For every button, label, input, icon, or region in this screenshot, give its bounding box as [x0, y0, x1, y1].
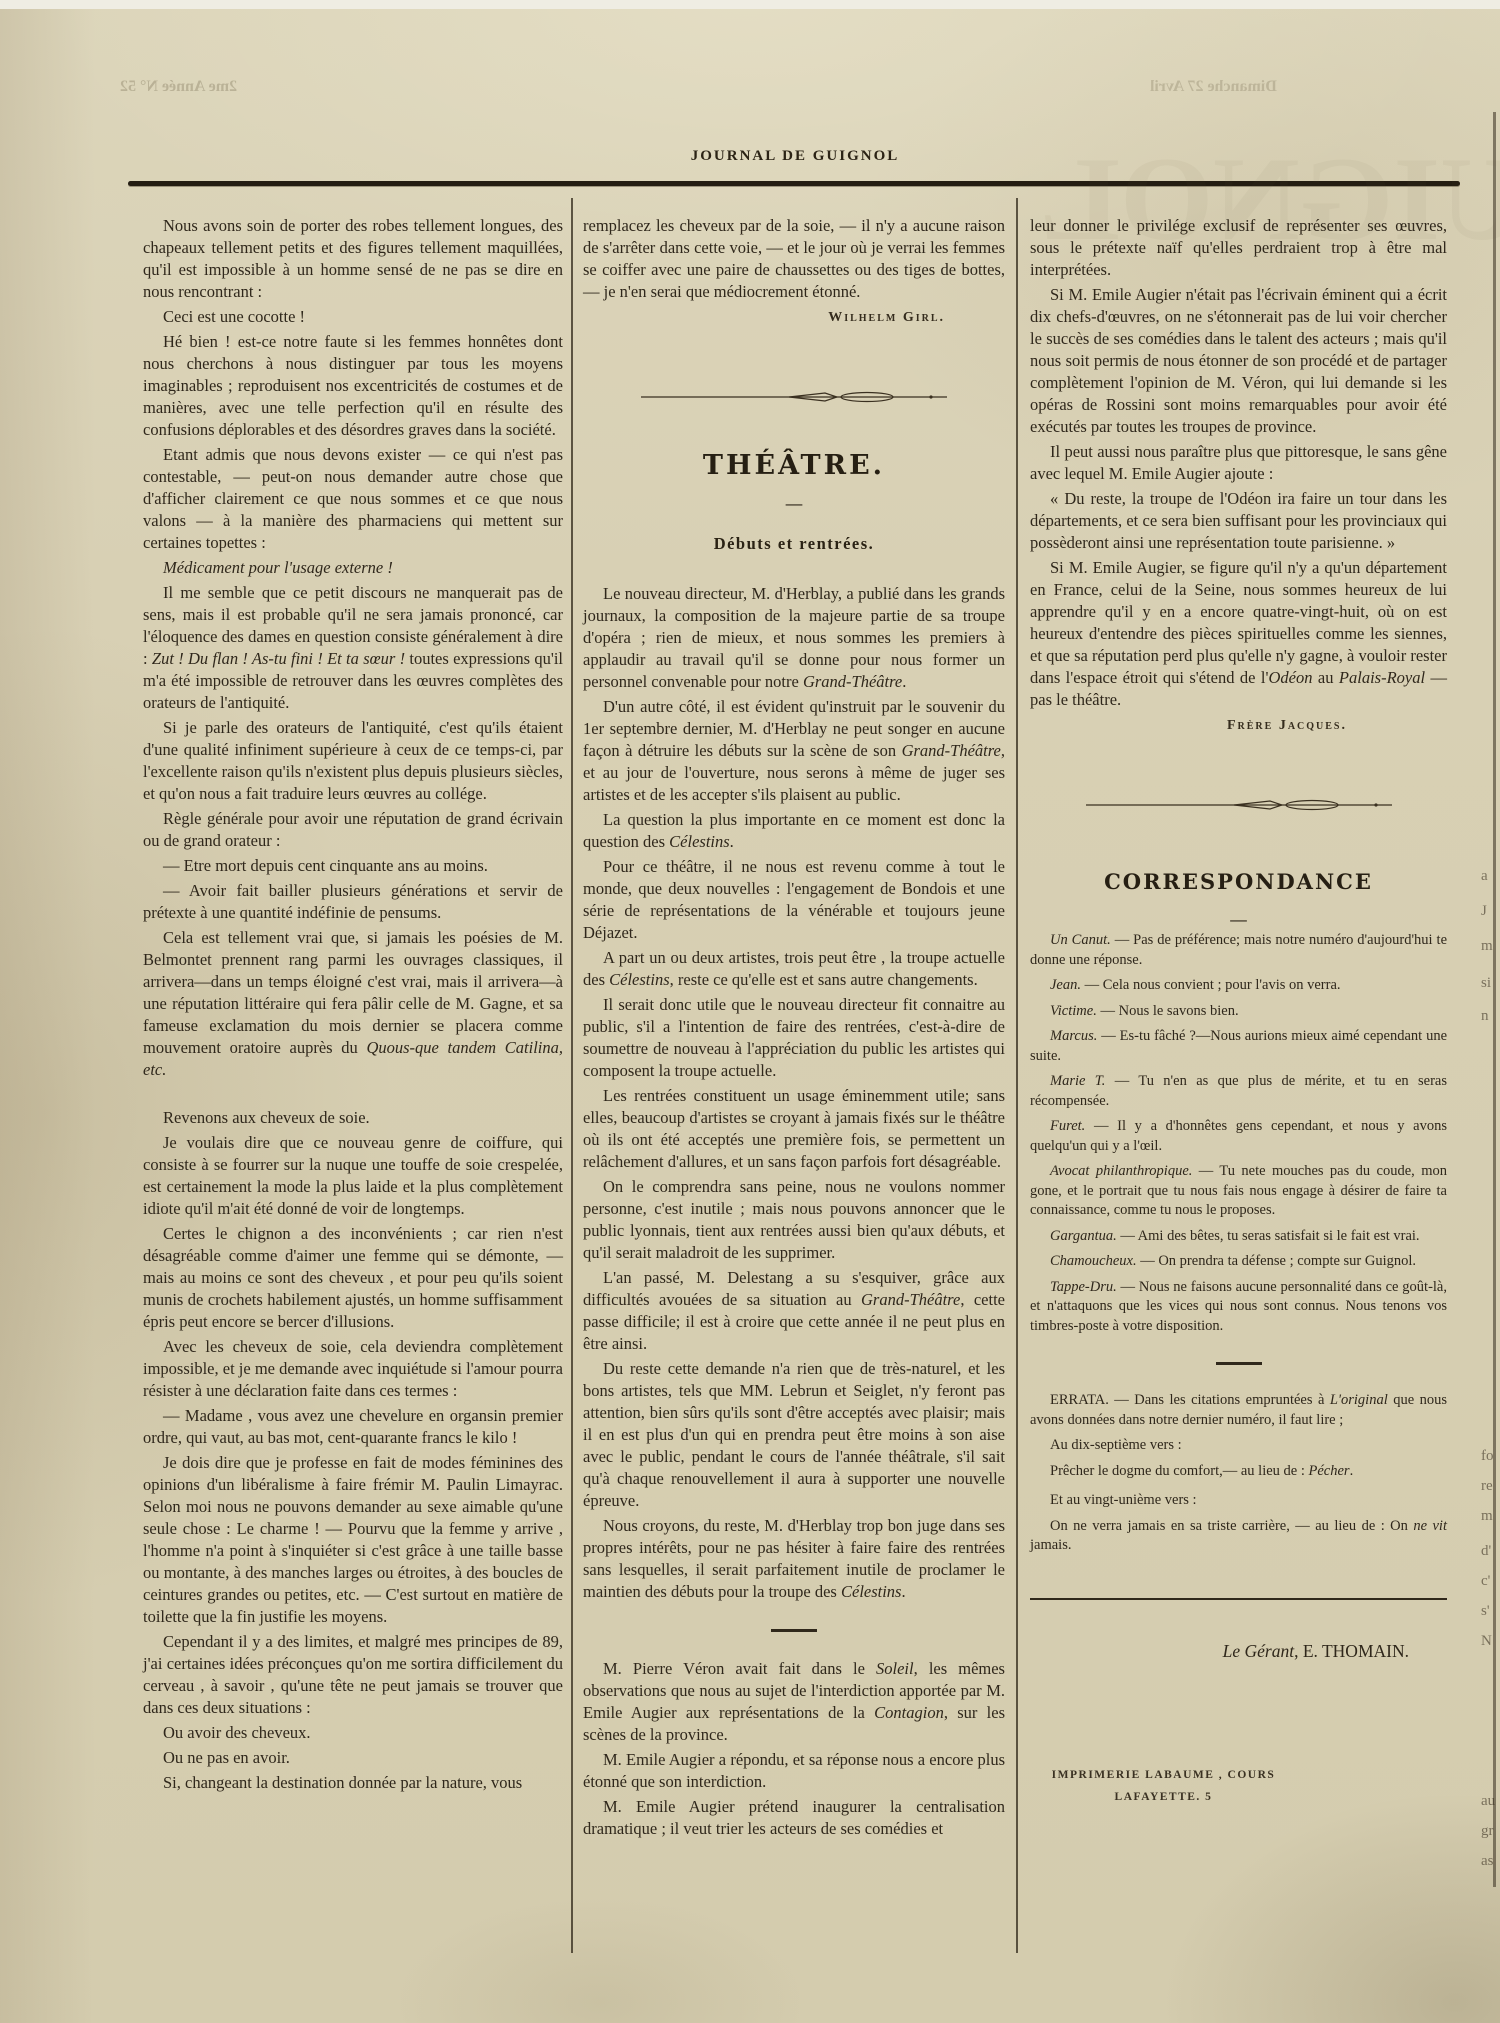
paragraph: Il me semble que ce petit discours ne ma…	[143, 582, 563, 714]
adjacent-page-fragment: fo	[1481, 1448, 1494, 1465]
adjacent-page-fragment: d'	[1481, 1543, 1491, 1560]
paragraph: D'un autre côté, il est évident qu'instr…	[583, 696, 1005, 806]
adjacent-page-fragment: re	[1481, 1478, 1493, 1495]
paragraph: Si, changeant la destination donnée par …	[143, 1772, 563, 1794]
column-2: remplacez les cheveux par de la soie, — …	[583, 215, 1005, 1843]
short-rule-divider	[771, 1629, 817, 1632]
adjacent-page-fragment: si	[1481, 975, 1491, 992]
paragraph: — Etre mort depuis cent cinquante ans au…	[143, 855, 563, 877]
adjacent-page-fragment: as	[1481, 1853, 1494, 1870]
paragraph: Nous avons soin de porter des robes tell…	[143, 215, 563, 303]
paragraph: Je dois dire que je professe en fait de …	[143, 1452, 563, 1628]
short-rule-divider	[1216, 1362, 1262, 1365]
paragraph: Avocat philanthropique. — Tu nete mouche…	[1030, 1162, 1447, 1221]
paragraph: Du reste cette demande n'a rien que de t…	[583, 1358, 1005, 1512]
paragraph: Hé bien ! est-ce notre faute si les femm…	[143, 331, 563, 441]
paragraph: Cela est tellement vrai que, si jamais l…	[143, 927, 563, 1081]
paragraph: Et au vingt-unième vers :	[1030, 1491, 1447, 1511]
paragraph: Cependant il y a des limites, et malgré …	[143, 1631, 563, 1719]
paragraph: M. Pierre Véron avait fait dans le Solei…	[583, 1658, 1005, 1746]
paragraph: ERRATA. — Dans les citations empruntées …	[1030, 1391, 1447, 1430]
adjacent-page-fragment: gr	[1481, 1823, 1494, 1840]
paragraph: Ou ne pas en avoir.	[143, 1747, 563, 1769]
paragraph: M. Emile Augier prétend inaugurer la cen…	[583, 1796, 1005, 1840]
paragraph: Jean. — Cela nous convient ; pour l'avis…	[1030, 976, 1447, 996]
spear-ornament-icon	[1084, 797, 1394, 811]
section-subheading: Débuts et rentrées.	[583, 533, 1005, 555]
paragraph: Je voulais dire que ce nouveau genre de …	[143, 1132, 563, 1220]
paragraph: A part un ou deux artistes, trois peut ê…	[583, 947, 1005, 991]
adjacent-page-fragment: n	[1481, 1008, 1489, 1025]
paragraph: On ne verra jamais en sa triste carrière…	[1030, 1517, 1447, 1556]
paragraph: Chamoucheux. — On prendra ta défense ; c…	[1030, 1252, 1447, 1272]
column-divider-1	[571, 198, 573, 1953]
paragraph: leur donner le privilége exclusif de rep…	[1030, 215, 1447, 281]
masthead-title: JOURNAL DE GUIGNOL	[130, 148, 1460, 165]
adjacent-page-fragment: c'	[1481, 1573, 1490, 1590]
paragraph: Etant admis que nous devons exister — ce…	[143, 444, 563, 554]
column-divider-2	[1016, 198, 1018, 1953]
paragraph: Gargantua. — Ami des bêtes, tu seras sat…	[1030, 1227, 1447, 1247]
adjacent-page-fragment: a	[1481, 868, 1488, 885]
signature: Frère Jacques.	[1030, 715, 1447, 737]
adjacent-page-fragment: au	[1481, 1793, 1495, 1810]
paragraph: Nous croyons, du reste, M. d'Herblay tro…	[583, 1515, 1005, 1603]
page-right-edge	[1493, 112, 1496, 1887]
paragraph: Marcus. — Es-tu fâché ?—Nous aurions mie…	[1030, 1027, 1447, 1066]
paragraph: — Madame , vous avez une chevelure en or…	[143, 1405, 563, 1449]
paragraph: Marie T. — Tu n'en as que plus de mérite…	[1030, 1072, 1447, 1111]
paragraph: M. Emile Augier a répondu, et sa réponse…	[583, 1749, 1005, 1793]
dash-divider: —	[583, 493, 1005, 515]
adjacent-page-fragment: m	[1481, 938, 1493, 955]
paragraph: Il peut aussi nous paraître plus que pit…	[1030, 441, 1447, 485]
paragraph: Prêcher le dogme du comfort,— au lieu de…	[1030, 1462, 1447, 1482]
paragraph: Il serait donc utile que le nouveau dire…	[583, 994, 1005, 1082]
paragraph: Ou avoir des cheveux.	[143, 1722, 563, 1744]
paragraph: Certes le chignon a des inconvénients ; …	[143, 1223, 563, 1333]
paragraph: Si M. Emile Augier n'était pas l'écrivai…	[1030, 284, 1447, 438]
signature: Wilhelm Girl.	[583, 307, 1005, 329]
paragraph: Pour ce théâtre, il ne nous est revenu c…	[583, 856, 1005, 944]
paragraph: remplacez les cheveux par de la soie, — …	[583, 215, 1005, 303]
imprint-line: IMPRIMERIE LABAUME , COURS LAFAYETTE. 5	[1030, 1764, 1297, 1808]
gerant-line: Le Gérant, E. THOMAIN.	[1030, 1640, 1447, 1662]
ghost-bleedthrough-text: Dimanche 27 Avril	[1150, 78, 1277, 96]
paragraph: On le comprendra sans peine, nous ne vou…	[583, 1176, 1005, 1264]
ornament-divider	[1030, 795, 1447, 817]
adjacent-page-fragment: m	[1481, 1508, 1493, 1525]
paragraph: Un Canut. — Pas de préférence; mais notr…	[1030, 931, 1447, 970]
section-heading: CORRESPONDANCE	[1030, 871, 1447, 893]
paragraph: Règle générale pour avoir une réputation…	[143, 808, 563, 852]
paragraph: Victime. — Nous le savons bien.	[1030, 1002, 1447, 1022]
ghost-bleedthrough-text: 2me Année N° 52	[120, 78, 237, 96]
adjacent-page-fragment: N	[1481, 1633, 1492, 1650]
spear-ornament-icon	[639, 389, 949, 403]
paragraph: « Du reste, la troupe de l'Odéon ira fai…	[1030, 488, 1447, 554]
paragraph: Tappe-Dru. — Nous ne faisons aucune pers…	[1030, 1278, 1447, 1337]
newspaper-page: JOURNAL DE GUIGNOL Nous avons soin de po…	[0, 0, 1500, 2023]
paragraph: Ceci est une cocotte !	[143, 306, 563, 328]
column-1: Nous avons soin de porter des robes tell…	[143, 215, 563, 1797]
section-heading: THÉÂTRE.	[583, 455, 1005, 477]
paragraph: L'an passé, M. Delestang a su s'esquiver…	[583, 1267, 1005, 1355]
paragraph: — Avoir fait bailler plusieurs génératio…	[143, 880, 563, 924]
ornament-divider	[583, 387, 1005, 409]
paragraph: La question la plus importante en ce mom…	[583, 809, 1005, 853]
scan-top-edge	[0, 0, 1500, 9]
paragraph: Avec les cheveux de soie, cela deviendra…	[143, 1336, 563, 1402]
rule-divider	[1030, 1598, 1447, 1600]
paragraph: Au dix-septième vers :	[1030, 1436, 1447, 1456]
paragraph: Si M. Emile Augier, se figure qu'il n'y …	[1030, 557, 1447, 711]
paragraph: Si je parle des orateurs de l'antiquité,…	[143, 717, 563, 805]
paragraph: Furet. — Il y a d'honnêtes gens cependan…	[1030, 1117, 1447, 1156]
paragraph: Médicament pour l'usage externe !	[143, 557, 563, 579]
paragraph: Le nouveau directeur, M. d'Herblay, a pu…	[583, 583, 1005, 693]
column-3: leur donner le privilége exclusif de rep…	[1030, 215, 1447, 1808]
adjacent-page-fragment: s'	[1481, 1603, 1490, 1620]
adjacent-page-fragment: J	[1481, 903, 1487, 920]
paragraph: Les rentrées constituent un usage éminem…	[583, 1085, 1005, 1173]
masthead-rule	[128, 181, 1460, 186]
paragraph: Revenons aux cheveux de soie.	[143, 1107, 563, 1129]
dash-divider: —	[1030, 909, 1447, 931]
